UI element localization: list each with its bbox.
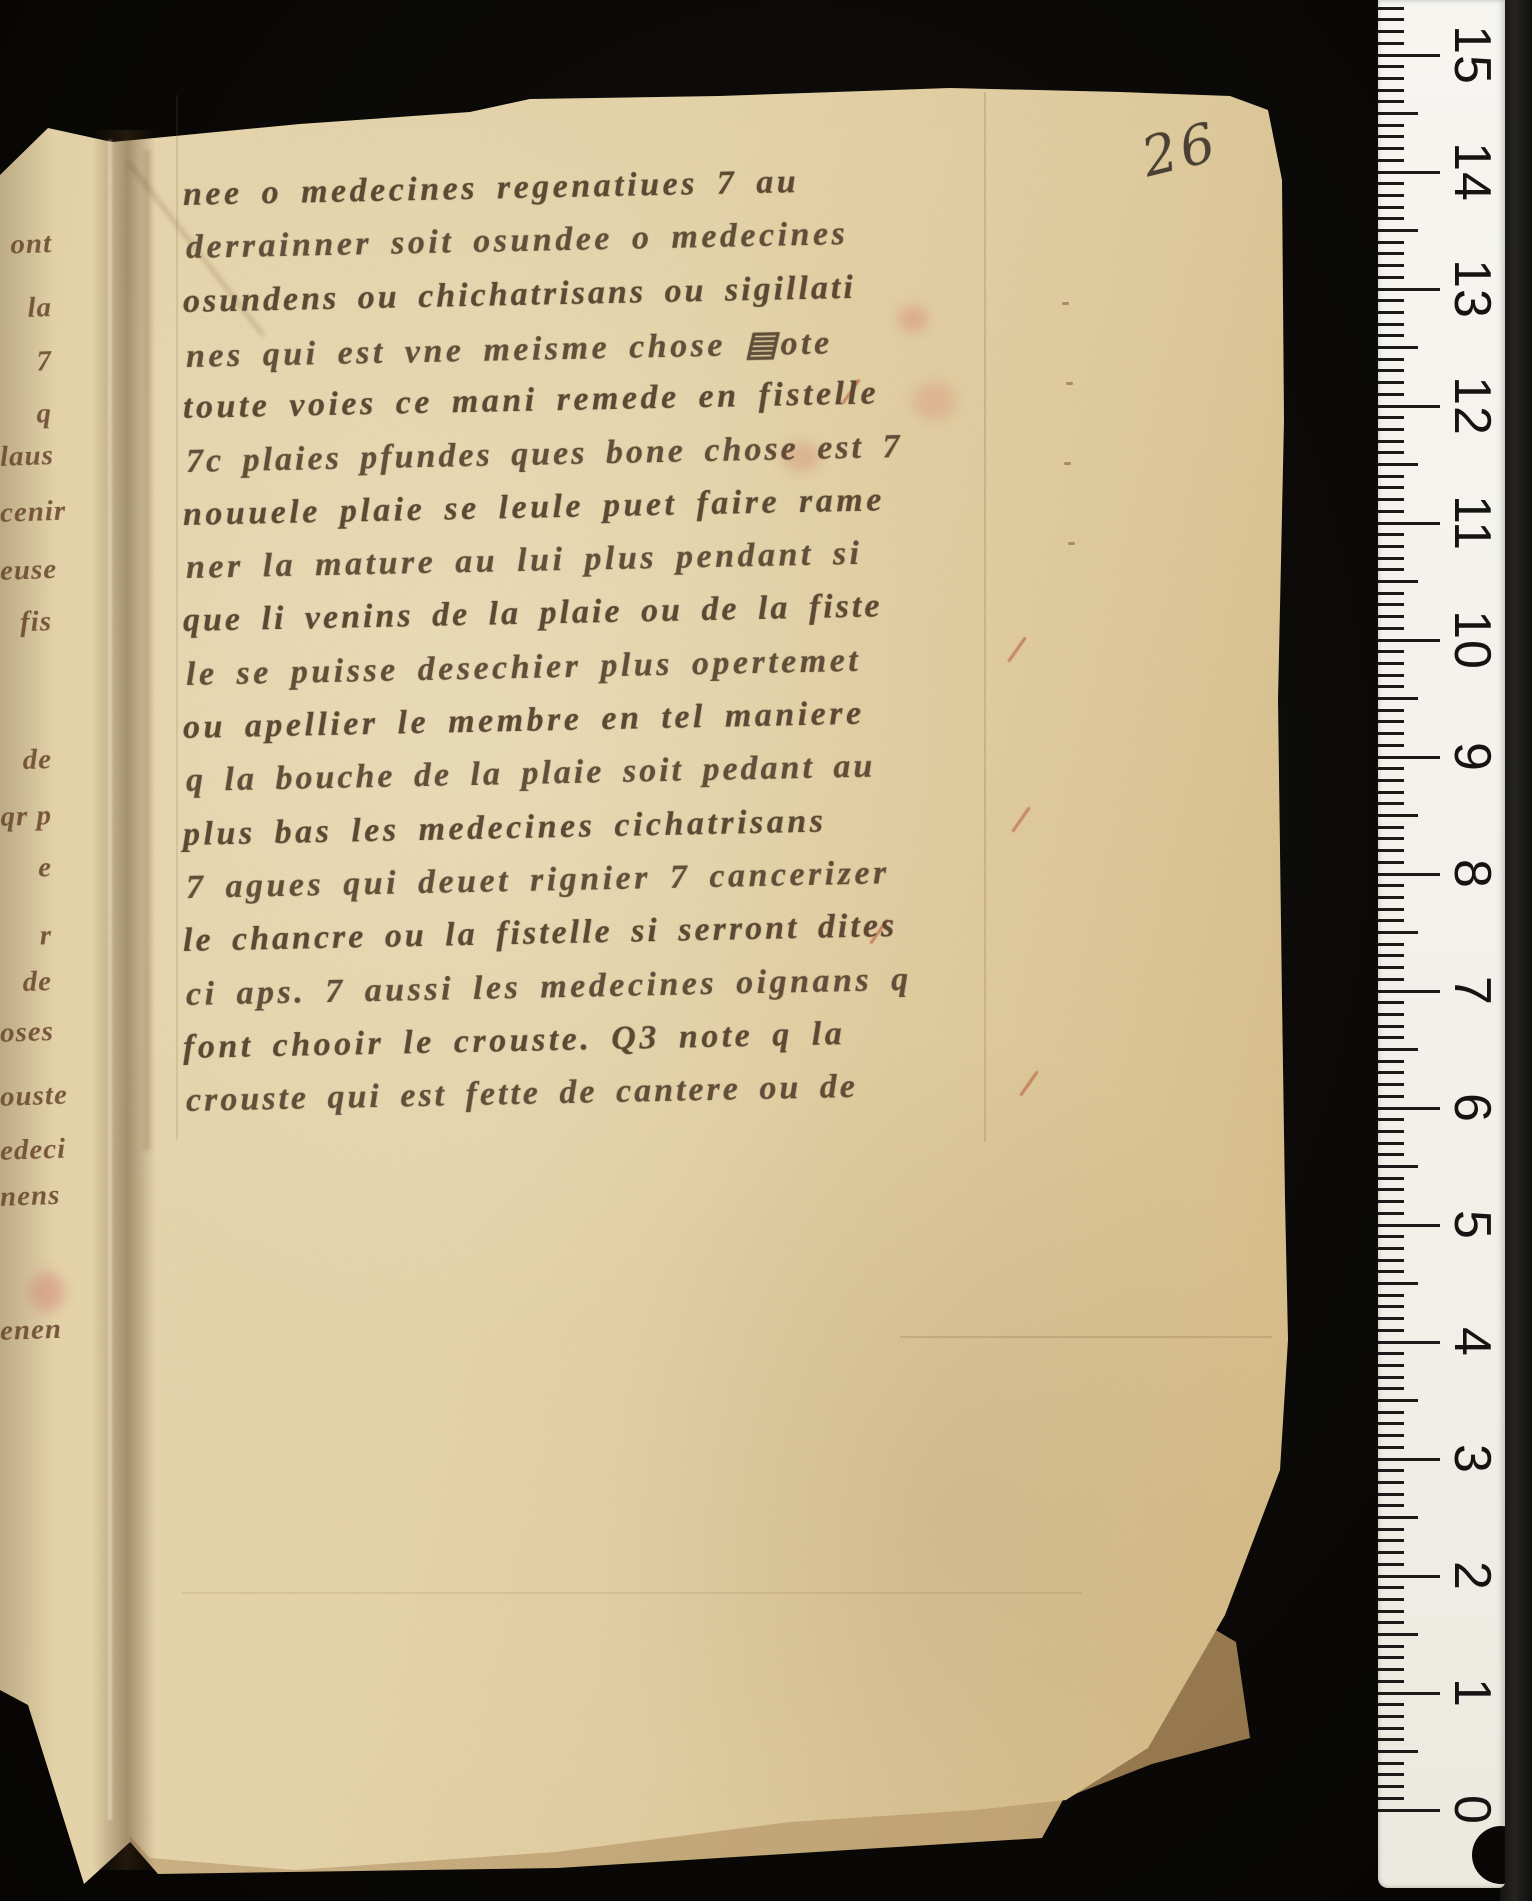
facing-page-fragment: cenir bbox=[0, 495, 53, 530]
ruler-mm-tick bbox=[1378, 791, 1404, 794]
ruler-mm-tick bbox=[1378, 568, 1404, 571]
ruler-mm-tick bbox=[1378, 252, 1404, 255]
ruler-mm-tick bbox=[1378, 1668, 1404, 1671]
ruler-mm-tick bbox=[1378, 814, 1418, 817]
ruler-mm-tick bbox=[1378, 1493, 1404, 1496]
ruler-mm-tick bbox=[1378, 1656, 1404, 1659]
ruler-mm-tick bbox=[1378, 276, 1404, 279]
facing-page-fragment: de bbox=[0, 965, 53, 1000]
ruler-mm-tick bbox=[1378, 346, 1418, 349]
ruler-mm-tick bbox=[1378, 1364, 1404, 1367]
ruling-line bbox=[900, 1336, 1272, 1338]
ruler-mm-tick bbox=[1378, 837, 1404, 840]
ruler-number: 12 bbox=[1442, 376, 1502, 436]
ruler-mm-tick bbox=[1378, 1142, 1404, 1145]
ruler-mm-tick bbox=[1378, 978, 1404, 981]
ruler-mm-tick bbox=[1378, 709, 1404, 712]
facing-page-fragment: edeci bbox=[0, 1133, 53, 1168]
ruler-mm-tick bbox=[1378, 919, 1404, 922]
ruler-mm-tick bbox=[1378, 802, 1404, 805]
ruler-mm-tick bbox=[1378, 1645, 1404, 1648]
ruler-mm-tick bbox=[1378, 30, 1404, 33]
ruler-mm-tick bbox=[1378, 603, 1404, 606]
facing-page-fragment: q bbox=[0, 397, 53, 432]
gutter-shadow bbox=[92, 130, 156, 1870]
ruling-line bbox=[176, 95, 178, 1140]
ruler-mm-tick bbox=[1378, 732, 1404, 735]
ruler-mm-tick bbox=[1378, 358, 1404, 361]
ruler-mm-tick bbox=[1378, 1317, 1404, 1320]
ruler-mm-tick bbox=[1378, 1118, 1404, 1121]
facing-page-fragment: enen bbox=[0, 1313, 53, 1348]
ruler-cm-tick bbox=[1378, 639, 1440, 642]
ruler-mm-tick bbox=[1378, 1738, 1404, 1741]
ruler-cm-tick bbox=[1378, 522, 1440, 525]
facing-page-edge-text: ontla7qlauscenireusefisdeqr perdeosesous… bbox=[0, 0, 60, 1901]
ruler-mm-tick bbox=[1378, 685, 1404, 688]
text-line: font chooir le crouste. Q3 note q la bbox=[183, 1015, 846, 1067]
ruler-mm-tick bbox=[1378, 147, 1404, 150]
photo-canvas: { "scene": { "background_color": "#0b0a0… bbox=[0, 0, 1532, 1901]
ruler-mm-tick bbox=[1378, 1797, 1404, 1800]
facing-page-fragment: laus bbox=[0, 439, 53, 474]
ruler-mm-tick bbox=[1378, 182, 1404, 185]
ruler-mm-tick bbox=[1378, 1481, 1404, 1484]
ruler-number: 9 bbox=[1442, 742, 1502, 772]
ruler-mm-tick bbox=[1378, 931, 1418, 934]
ruler-mm-tick bbox=[1378, 1294, 1404, 1297]
ruler-number: 14 bbox=[1442, 142, 1502, 202]
ruler-mm-tick bbox=[1378, 77, 1404, 80]
sewing-hole bbox=[1066, 382, 1073, 385]
ruler-number: 2 bbox=[1442, 1561, 1502, 1591]
facing-page-fragment: ouste bbox=[0, 1079, 53, 1114]
ruler-cm-tick bbox=[1378, 171, 1440, 174]
ruler-mm-tick bbox=[1378, 1434, 1404, 1437]
ruler-mm-tick bbox=[1378, 1680, 1404, 1683]
ruler-mm-tick bbox=[1378, 884, 1404, 887]
ruler-mm-tick bbox=[1378, 674, 1404, 677]
ruler-mm-tick bbox=[1378, 1270, 1404, 1273]
facing-page-fragment: la bbox=[0, 291, 53, 326]
ruler-cm-tick bbox=[1378, 405, 1440, 408]
ruler-number: 1 bbox=[1442, 1678, 1502, 1708]
text-line: nouuele plaie se leule puet faire rame bbox=[183, 481, 886, 534]
facing-page-fragment: e bbox=[0, 851, 53, 886]
ruler-mm-tick bbox=[1378, 311, 1404, 314]
sewing-hole bbox=[1064, 462, 1071, 465]
ruler-cm-tick bbox=[1378, 1692, 1440, 1695]
text-line: le chancre ou la fistelle si serront dit… bbox=[183, 907, 898, 960]
text-line: osundens ou chichatrisans ou sigillati bbox=[183, 269, 857, 321]
ruler-mm-tick bbox=[1378, 826, 1404, 829]
ruler-mm-tick bbox=[1378, 381, 1404, 384]
ruler-mm-tick bbox=[1378, 1130, 1404, 1133]
text-line: derrainner soit osundee o medecines bbox=[186, 215, 849, 267]
ruler-mm-tick bbox=[1378, 557, 1404, 560]
text-line: nes qui est vne meisme chose ▤ote bbox=[186, 322, 833, 376]
text-block: nee o medecines regenatiues 7 auderrainn… bbox=[183, 176, 1063, 1176]
ruler-mm-tick bbox=[1378, 1235, 1404, 1238]
ruler-cm-tick bbox=[1378, 1575, 1440, 1578]
ruler-mm-tick bbox=[1378, 229, 1418, 232]
ruler-mm-tick bbox=[1378, 896, 1404, 899]
facing-page-fragment: 7 bbox=[0, 345, 53, 380]
text-line: q la bouche de la plaie soit pedant au bbox=[186, 748, 876, 800]
ruler-cm-tick bbox=[1378, 54, 1440, 57]
ruler-number: 15 bbox=[1442, 25, 1502, 85]
ruler-mm-tick bbox=[1378, 299, 1404, 302]
ruler-mm-tick bbox=[1378, 206, 1404, 209]
ruler-mm-tick bbox=[1378, 861, 1404, 864]
ruler-mm-tick bbox=[1378, 615, 1404, 618]
facing-page-fragment: qr p bbox=[0, 799, 53, 834]
ruler-mm-tick bbox=[1378, 18, 1404, 21]
ruler-cm-tick bbox=[1378, 756, 1440, 759]
text-line: que li venins de la plaie ou de la fiste bbox=[183, 588, 883, 641]
ruler-number: 3 bbox=[1442, 1444, 1502, 1474]
ruler-mm-tick bbox=[1378, 545, 1404, 548]
facing-page-fragment: fis bbox=[0, 605, 53, 640]
ruler-mm-tick bbox=[1378, 498, 1404, 501]
ruler-number: 10 bbox=[1442, 610, 1502, 670]
ruler-mm-tick bbox=[1378, 1305, 1404, 1308]
ruler-mm-tick bbox=[1378, 1750, 1418, 1753]
ruler-mm-tick bbox=[1378, 428, 1404, 431]
ruler-mm-tick bbox=[1378, 475, 1404, 478]
ruler-number: 7 bbox=[1442, 976, 1502, 1006]
ruler-number: 11 bbox=[1442, 495, 1502, 551]
text-line: ou apellier le membre en tel maniere bbox=[183, 695, 865, 747]
ruler-mm-tick bbox=[1378, 135, 1404, 138]
ruler-mm-tick bbox=[1378, 7, 1404, 10]
ruler-mm-tick bbox=[1378, 486, 1404, 489]
ruler-mm-tick bbox=[1378, 1376, 1404, 1379]
text-line: ner la mature au lui plus pendant si bbox=[186, 535, 863, 587]
ruler-hole bbox=[1472, 1826, 1505, 1884]
ruler-mm-tick bbox=[1378, 767, 1404, 770]
ruler-cm-tick bbox=[1378, 288, 1440, 291]
ruler-number: 6 bbox=[1442, 1093, 1502, 1123]
ruler-cm-tick bbox=[1378, 873, 1440, 876]
ruler-mm-tick bbox=[1378, 1001, 1404, 1004]
ruler-mm-tick bbox=[1378, 966, 1404, 969]
ruler-number: 0 bbox=[1442, 1795, 1502, 1825]
red-smudge bbox=[30, 1272, 64, 1312]
ruler-number: 4 bbox=[1442, 1327, 1502, 1357]
ruler-mm-tick bbox=[1378, 463, 1418, 466]
ruler-mm-tick bbox=[1378, 1563, 1404, 1566]
ruler-mm-tick bbox=[1378, 1095, 1404, 1098]
ruler-mm-tick bbox=[1378, 1177, 1404, 1180]
ruler-mm-tick bbox=[1378, 662, 1404, 665]
facing-page-fragment: de bbox=[0, 743, 53, 778]
ruler-mm-tick bbox=[1378, 1633, 1418, 1636]
ruler-mm-tick bbox=[1378, 100, 1404, 103]
ruler-mm-tick bbox=[1378, 369, 1404, 372]
ruler-mm-tick bbox=[1378, 954, 1404, 957]
ruler-cm-tick bbox=[1378, 990, 1440, 993]
ruler-mm-tick bbox=[1378, 592, 1404, 595]
ruler-mm-tick bbox=[1378, 416, 1404, 419]
ruler-mm-tick bbox=[1378, 1200, 1404, 1203]
ruler-mm-tick bbox=[1378, 1247, 1404, 1250]
sewing-hole bbox=[1062, 302, 1069, 305]
ruler-cm-tick bbox=[1378, 1809, 1440, 1812]
ruler-mm-tick bbox=[1378, 1469, 1404, 1472]
ruler-mm-tick bbox=[1378, 1036, 1404, 1039]
ruler-mm-tick bbox=[1378, 217, 1404, 220]
facing-page-fragment: r bbox=[0, 919, 53, 954]
ruler: 0123456789101112131415 bbox=[1378, 0, 1505, 1888]
ruler-mm-tick bbox=[1378, 1013, 1404, 1016]
ruler-mm-tick bbox=[1378, 65, 1404, 68]
ruler-mm-tick bbox=[1378, 650, 1404, 653]
ruler-mm-tick bbox=[1378, 697, 1418, 700]
ruler-mm-tick bbox=[1378, 1762, 1404, 1765]
ruler-number: 13 bbox=[1442, 259, 1502, 319]
ruler-mm-tick bbox=[1378, 1060, 1404, 1063]
ruler-mm-tick bbox=[1378, 159, 1404, 162]
ruler-mm-tick bbox=[1378, 42, 1404, 45]
ruler-mm-tick bbox=[1378, 112, 1418, 115]
sewing-hole bbox=[1068, 542, 1075, 545]
ruler-mm-tick bbox=[1378, 849, 1404, 852]
ruler-mm-tick bbox=[1378, 1785, 1404, 1788]
ruler-mm-tick bbox=[1378, 194, 1404, 197]
ruler-mm-tick bbox=[1378, 264, 1404, 267]
ruler-number: 8 bbox=[1442, 859, 1502, 889]
ruler-mm-tick bbox=[1378, 1446, 1404, 1449]
ruler-mm-tick bbox=[1378, 1528, 1404, 1531]
ruler-mm-tick bbox=[1378, 627, 1404, 630]
ruler-mm-tick bbox=[1378, 744, 1404, 747]
ruler-mm-tick bbox=[1378, 241, 1404, 244]
ruler-mm-tick bbox=[1378, 1551, 1404, 1554]
ruler-mm-tick bbox=[1378, 908, 1404, 911]
ruler-mm-tick bbox=[1378, 1165, 1418, 1168]
fold-highlight bbox=[108, 140, 112, 1820]
ruler-mm-tick bbox=[1378, 1715, 1404, 1718]
ruler-mm-tick bbox=[1378, 89, 1404, 92]
ruler-mm-tick bbox=[1378, 1610, 1404, 1613]
ruler-mm-tick bbox=[1378, 323, 1404, 326]
ruler-mm-tick bbox=[1378, 1516, 1418, 1519]
ruler-mm-tick bbox=[1378, 1048, 1418, 1051]
ruler-mm-tick bbox=[1378, 1399, 1418, 1402]
ruler-mm-tick bbox=[1378, 1411, 1404, 1414]
ruler-mm-tick bbox=[1378, 1329, 1404, 1332]
ruler-mm-tick bbox=[1378, 440, 1404, 443]
facing-page-fragment: euse bbox=[0, 553, 53, 588]
ruler-cm-tick bbox=[1378, 1458, 1440, 1461]
ruler-mm-tick bbox=[1378, 580, 1418, 583]
text-line: 7c plaies pfundes ques bone chose est 7 bbox=[186, 427, 903, 480]
ruler-mm-tick bbox=[1378, 1621, 1404, 1624]
ruler-cm-tick bbox=[1378, 1341, 1440, 1344]
ruler-mm-tick bbox=[1378, 124, 1404, 127]
ruler-mm-tick bbox=[1378, 1071, 1404, 1074]
ruler-mm-tick bbox=[1378, 779, 1404, 782]
text-line: le se puisse desechier plus opertemet bbox=[186, 642, 862, 694]
ruler-mm-tick bbox=[1378, 943, 1404, 946]
ruler-mm-tick bbox=[1378, 1153, 1404, 1156]
facing-page-fragment: ont bbox=[0, 227, 53, 262]
ruler-mm-tick bbox=[1378, 1352, 1404, 1355]
ruler-mm-tick bbox=[1378, 1539, 1404, 1542]
ruler-cm-tick bbox=[1378, 1107, 1440, 1110]
ruler-mm-tick bbox=[1378, 451, 1404, 454]
ruler-mm-tick bbox=[1378, 1504, 1404, 1507]
text-line: 7 agues qui deuet rignier 7 cancerizer bbox=[186, 854, 891, 907]
ruler-mm-tick bbox=[1378, 1703, 1404, 1706]
ruler-mm-tick bbox=[1378, 1083, 1404, 1086]
ruler-mm-tick bbox=[1378, 393, 1404, 396]
facing-page-fragment: nens bbox=[0, 1179, 53, 1214]
ruler-mm-tick bbox=[1378, 1586, 1404, 1589]
ruler-mm-tick bbox=[1378, 1212, 1404, 1215]
ruler-mm-tick bbox=[1378, 1598, 1404, 1601]
ruler-mm-tick bbox=[1378, 1773, 1404, 1776]
facing-page-fragment: oses bbox=[0, 1015, 53, 1050]
ruler-mm-tick bbox=[1378, 1282, 1418, 1285]
ruler-cm-tick bbox=[1378, 1224, 1440, 1227]
text-line: crouste qui est fette de cantere ou de bbox=[186, 1068, 859, 1120]
ruler-mm-tick bbox=[1378, 1188, 1404, 1191]
ruler-mm-tick bbox=[1378, 720, 1404, 723]
ruler-mm-tick bbox=[1378, 510, 1404, 513]
text-line: toute voies ce mani remede en fistelle bbox=[183, 375, 880, 428]
ruler-mm-tick bbox=[1378, 1422, 1404, 1425]
ruling-line bbox=[182, 1592, 1082, 1594]
ruler-mm-tick bbox=[1378, 334, 1404, 337]
ruler-mm-tick bbox=[1378, 1387, 1404, 1390]
text-line: plus bas les medecines cichatrisans bbox=[183, 802, 827, 853]
ruler-mm-tick bbox=[1378, 1259, 1404, 1262]
ruler-mm-tick bbox=[1378, 1025, 1404, 1028]
ruler-number: 5 bbox=[1442, 1210, 1502, 1240]
text-line: ci aps. 7 aussi les medecines oignans q bbox=[186, 960, 912, 1013]
ruler-mm-tick bbox=[1378, 1727, 1404, 1730]
ruler-mm-tick bbox=[1378, 533, 1404, 536]
